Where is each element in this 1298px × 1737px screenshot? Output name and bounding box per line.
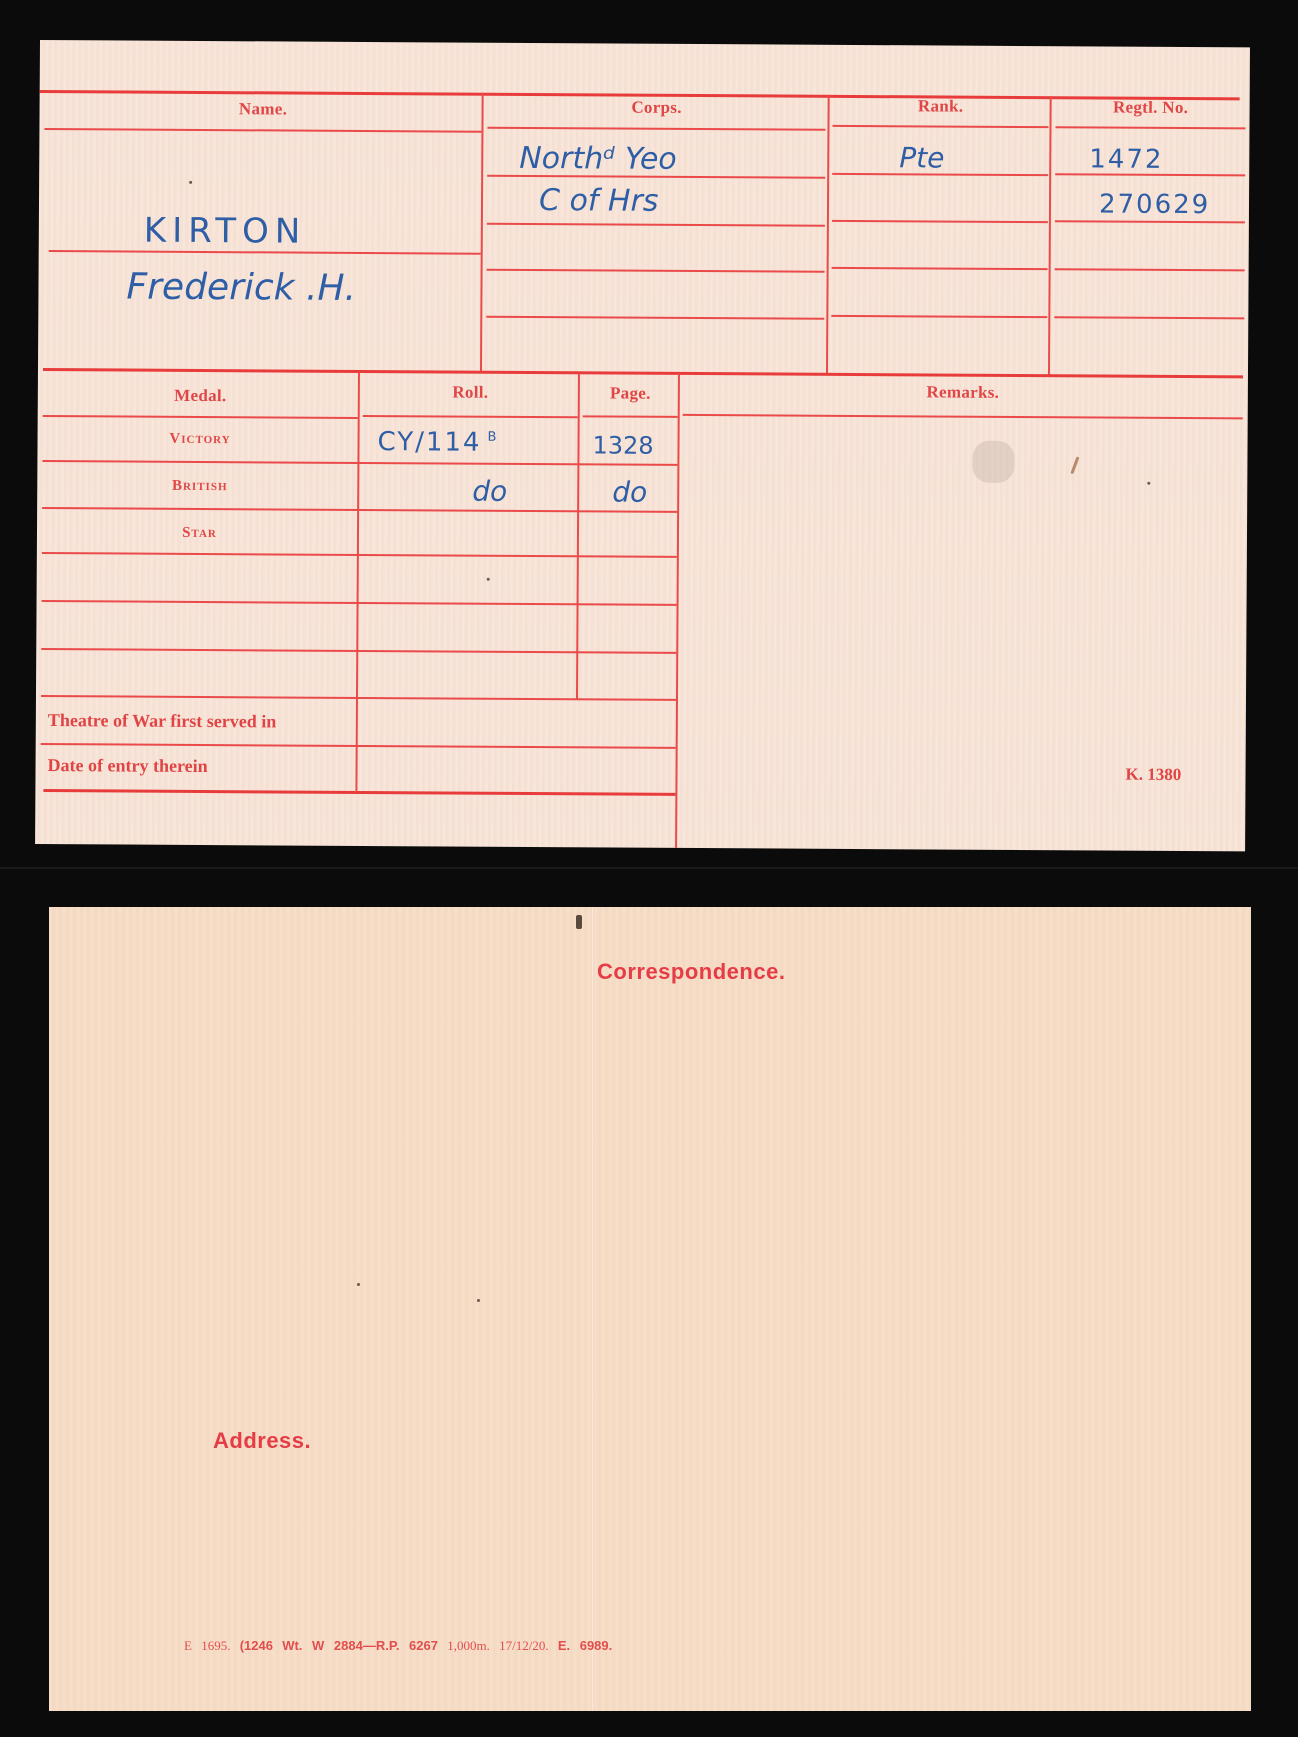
page-remarks-divider	[675, 374, 680, 848]
rank-entry: Pte	[899, 141, 944, 174]
medal-row-rule	[41, 695, 676, 701]
medal-name-star: Star	[42, 524, 357, 543]
date-entry-label: Date of entry therein	[48, 755, 208, 777]
roll-suffix: B	[488, 430, 499, 445]
date-row-rule	[43, 789, 675, 796]
rank-regtl-divider	[1048, 96, 1052, 376]
paper-fold-line	[592, 907, 593, 1711]
corps-rank-divider	[826, 95, 830, 375]
name-header-rule	[44, 128, 481, 133]
medal-header-rule	[43, 415, 358, 419]
roll-value: CY/114	[377, 427, 481, 458]
victory-roll-entry: CY/114B	[377, 427, 498, 458]
victory-row-rule	[42, 460, 677, 466]
british-row-rule	[42, 507, 677, 513]
medal-index-card-front: Name. Corps. Rank. Regtl. No. KIRTON Fre…	[35, 40, 1250, 851]
corps-row-rule	[487, 269, 825, 273]
regtl-row-rule	[1055, 220, 1245, 223]
forename-entry: Frederick .H.	[126, 267, 356, 309]
correspondence-label: Correspondence.	[597, 959, 785, 985]
paper-speck	[357, 1283, 360, 1286]
address-label: Address.	[213, 1428, 311, 1454]
roll-header-rule	[363, 415, 578, 418]
corps-entry-1: Northᵈ Yeo	[519, 141, 677, 177]
roll-header: Roll.	[363, 382, 578, 403]
rank-header: Rank.	[833, 96, 1049, 117]
regtl-no-entry-1: 1472	[1089, 144, 1163, 174]
scan-divider	[0, 867, 1298, 869]
section-rule	[43, 368, 1243, 378]
medal-index-card-back: Correspondence. Address. E 1695. (1246 W…	[49, 907, 1251, 1711]
paper-speck	[487, 578, 490, 581]
form-number: K. 1380	[1125, 765, 1181, 785]
corps-header: Corps.	[488, 97, 826, 119]
paper-stain	[972, 441, 1014, 483]
rank-row-rule	[832, 267, 1048, 270]
imprint-part: E. 6989.	[558, 1638, 612, 1653]
paper-mark	[576, 915, 582, 929]
page-header-rule	[583, 415, 678, 418]
theatre-row-rule	[41, 743, 676, 749]
paper-speck	[477, 1299, 480, 1302]
rank-header-rule	[832, 125, 1048, 128]
victory-page-entry: 1328	[592, 431, 653, 459]
medal-row-rule	[41, 648, 676, 654]
rank-row-rule	[832, 220, 1048, 223]
paper-speck	[189, 181, 192, 184]
corps-entry-2: C of Hrs	[539, 183, 659, 219]
medal-header: Medal.	[43, 385, 358, 407]
printer-imprint: E 1695. (1246 Wt. W 2884—R.P. 6267 1,000…	[184, 1638, 612, 1654]
british-roll-entry: do	[472, 475, 507, 508]
regtl-no-entry-2: 270629	[1099, 189, 1210, 220]
imprint-part: (1246	[240, 1638, 273, 1653]
page-header: Page.	[583, 383, 678, 404]
remarks-header-rule	[683, 414, 1243, 419]
imprint-part: 1,000m.	[447, 1638, 490, 1653]
surname-entry: KIRTON	[144, 211, 307, 252]
imprint-part: Wt. W 2884—R.P. 6267	[282, 1638, 438, 1653]
corps-row-rule	[486, 316, 824, 320]
medal-row-rule	[42, 600, 677, 606]
regtl-header-rule	[1055, 126, 1245, 129]
paper-speck	[1147, 482, 1150, 485]
medal-name-victory: Victory	[43, 430, 358, 449]
regtl-row-rule	[1055, 268, 1245, 271]
british-page-entry: do	[612, 476, 647, 509]
rank-row-rule	[831, 315, 1047, 318]
regtl-row-rule	[1054, 316, 1244, 319]
corps-row-rule	[487, 223, 825, 227]
medal-name-british: British	[42, 477, 357, 496]
corps-header-rule	[487, 127, 825, 131]
paper-mark	[1070, 456, 1079, 474]
imprint-part: 17/12/20.	[499, 1638, 548, 1653]
imprint-part: E 1695.	[184, 1638, 230, 1653]
name-corps-divider	[480, 93, 484, 373]
star-row-rule	[42, 552, 677, 558]
name-header: Name.	[45, 98, 482, 121]
regtl-no-header: Regtl. No.	[1056, 97, 1246, 118]
remarks-header: Remarks.	[683, 381, 1243, 404]
theatre-label: Theatre of War first served in	[48, 710, 277, 732]
